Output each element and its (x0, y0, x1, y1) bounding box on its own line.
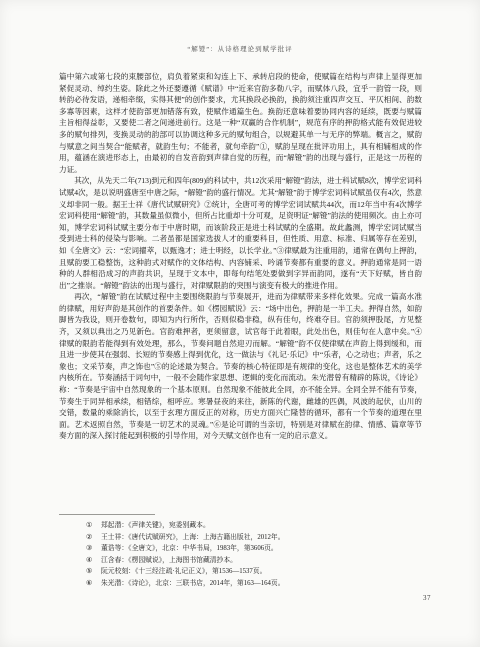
footnote-separator (59, 514, 155, 515)
footnote-text: 王士祥：《唐代试赋研究》，上海：上海古籍出版社，2012年。 (101, 532, 422, 544)
body-text: 篇中第六或第七段的束腰部位，肩负着紧束和勾连上下、承转启段的使命，使赋篇在结构与… (59, 71, 422, 442)
footnote-text: 郑起潜：《声律关键》，宛委别藏本。 (101, 520, 422, 532)
page-number: 37 (423, 594, 431, 602)
footnote-marker: ② (86, 532, 101, 544)
footnote-text: 阮元校刻：《十三经注疏·礼记正义》，第1536—1537页。 (101, 566, 422, 578)
footnote-item: ⑥ 朱光潜：《诗论》，北京：三联书店，2014年，第163—164页。 (59, 578, 422, 590)
footnote-text: 江含春：《楞园赋说》，上海图书馆藏清抄本。 (101, 555, 422, 567)
footnote-text: 董诰等：《全唐文》，北京：中华书局，1983年，第3606页。 (101, 543, 422, 555)
footnote-item: ① 郑起潜：《声律关键》，宛委别藏本。 (59, 520, 422, 532)
document-page: “解镫”：从诗格理论到赋学批评 篇中第六或第七段的束腰部位，肩负着紧束和勾连上下… (0, 0, 480, 647)
footnote-marker: ① (86, 520, 101, 532)
running-head: “解镫”：从诗格理论到赋学批评 (0, 44, 480, 53)
footnote-item: ③ 董诰等：《全唐文》，北京：中华书局，1983年，第3606页。 (59, 543, 422, 555)
paragraph-third: 再次，“解镫”韵在试赋过程中主要围绕限韵与节奏展开，进而为律赋带来多样化效果。完… (59, 291, 422, 442)
footnote-marker: ⑥ (86, 578, 101, 590)
footnote-item: ② 王士祥：《唐代试赋研究》，上海：上海古籍出版社，2012年。 (59, 532, 422, 544)
footnote-marker: ④ (86, 555, 101, 567)
footnotes: ① 郑起潜：《声律关键》，宛委别藏本。 ② 王士祥：《唐代试赋研究》，上海：上海… (59, 520, 422, 590)
footnote-text: 朱光潜：《诗论》，北京：三联书店，2014年，第163—164页。 (101, 578, 422, 590)
paragraph-continuation: 篇中第六或第七段的束腰部位，肩负着紧束和勾连上下、承转启段的使命，使赋篇在结构与… (59, 71, 422, 175)
footnote-marker: ③ (86, 543, 101, 555)
footnote-marker: ⑤ (86, 566, 101, 578)
footnote-item: ⑤ 阮元校刻：《十三经注疏·礼记正义》，第1536—1537页。 (59, 566, 422, 578)
paragraph-second: 其次，从先天二年(713)到元和四年(809)的科试中，共12次采用“解镫”韵法… (59, 175, 422, 291)
footnote-item: ④ 江含春：《楞园赋说》，上海图书馆藏清抄本。 (59, 555, 422, 567)
